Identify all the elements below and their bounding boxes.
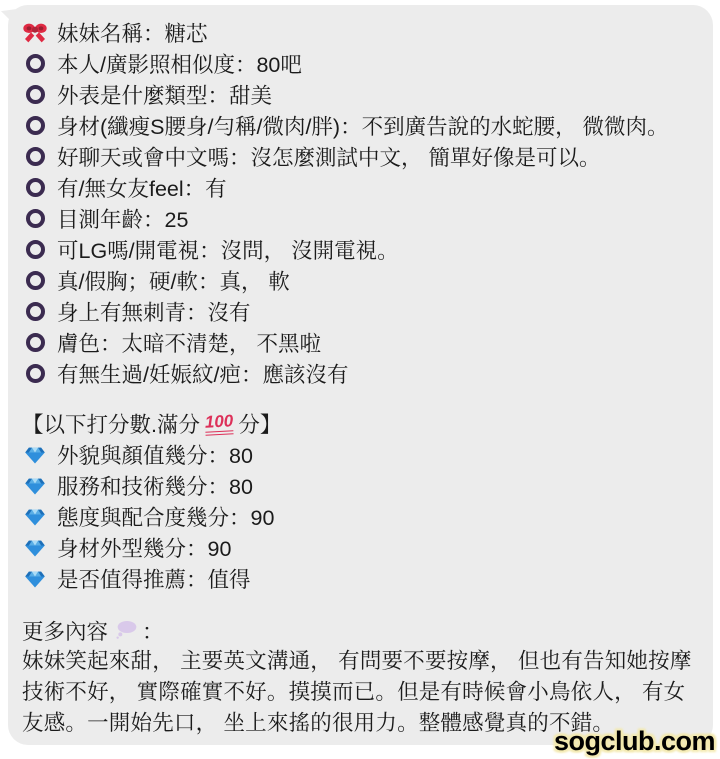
report-line-text: 目測年齡：25: [57, 203, 188, 234]
report-line: 有/無女友feel：有: [22, 172, 703, 203]
more-content-colon: ：: [142, 615, 164, 646]
report-line: 身材(纖瘦S腰身/勻稱/微肉/胖)：不到廣告說的水蛇腰， 微微肉。: [22, 110, 703, 141]
report-line: 好聊天或會中文嗎：沒怎麼測試中文， 簡單好像是可以。: [22, 141, 703, 172]
gem-icon: [22, 444, 48, 466]
gem-icon: [22, 568, 48, 590]
more-content-section: 更多內容 ： 妹妹笑起來甜， 主要英文溝通， 有問要不要按摩， 但也有告知她按摩…: [22, 615, 703, 739]
thought-balloon-icon: [114, 619, 140, 643]
report-line-text: 有/無女友feel：有: [57, 172, 227, 203]
hollow-circle-icon: [22, 240, 48, 259]
report-line-text: 身上有無刺青：沒有: [57, 296, 251, 327]
hollow-circle-icon: [22, 209, 48, 228]
hollow-circle-icon: [22, 364, 48, 383]
report-line-text: 身材(纖瘦S腰身/勻稱/微肉/胖)：不到廣告說的水蛇腰， 微微肉。: [57, 110, 669, 141]
report-line-text: 妹妹名稱：糖芯: [57, 17, 208, 48]
report-line: 本人/廣影照相似度：80吧: [22, 48, 703, 79]
report-line-text: 膚色：太暗不清楚， 不黑啦: [57, 327, 321, 358]
bubble-tail: [1, 9, 17, 27]
score-line-text: 是否值得推薦：值得: [57, 563, 251, 594]
score-line-text: 態度與配合度幾分：90: [57, 501, 274, 532]
score-line-text: 服務和技術幾分：80: [57, 470, 253, 501]
hollow-circle-icon: [22, 116, 48, 135]
gem-icon: [22, 537, 48, 559]
hollow-circle-icon: [22, 333, 48, 352]
score-section-header: 【以下打分數.滿分 100 分】: [22, 408, 703, 439]
report-line: 有無生過/妊娠紋/疤：應該沒有: [22, 358, 703, 389]
score-section: 【以下打分數.滿分 100 分】 外貌與顏值幾分：80: [22, 408, 703, 594]
score-header-prefix: 【以下打分數.滿分: [22, 408, 200, 439]
report-line-text: 外表是什麼類型：甜美: [57, 79, 272, 110]
hollow-circle-icon: [22, 54, 48, 73]
watermark: sogclub.com: [554, 726, 715, 757]
more-content-label: 更多內容: [22, 615, 108, 646]
report-line-text: 本人/廣影照相似度：80吧: [57, 48, 302, 79]
hollow-circle-icon: [22, 85, 48, 104]
report-line: 膚色：太暗不清楚， 不黑啦: [22, 327, 703, 358]
gem-icon: [22, 475, 48, 497]
score-line: 外貌與顏值幾分：80: [22, 439, 703, 470]
score-line-text: 外貌與顏值幾分：80: [57, 439, 253, 470]
score-line: 服務和技術幾分：80: [22, 470, 703, 501]
hundred-points-icon: 100: [204, 412, 233, 435]
ribbon-bow-icon: [22, 21, 48, 45]
hollow-circle-icon: [22, 271, 48, 290]
gem-icon: [22, 506, 48, 528]
report-line: 真/假胸；硬/軟：真， 軟: [22, 265, 703, 296]
report-line: 外表是什麼類型：甜美: [22, 79, 703, 110]
score-line: 是否值得推薦：值得: [22, 563, 703, 594]
report-line-text: 有無生過/妊娠紋/疤：應該沒有: [57, 358, 348, 389]
score-line-text: 身材外型幾分：90: [57, 532, 231, 563]
hollow-circle-icon: [22, 178, 48, 197]
report-line-text: 真/假胸；硬/軟：真， 軟: [57, 265, 290, 296]
chat-message-bubble: 妹妹名稱：糖芯 本人/廣影照相似度：80吧 外表是什麼類型：甜美 身材(纖瘦S腰…: [8, 5, 713, 745]
report-line-text: 好聊天或會中文嗎：沒怎麼測試中文， 簡單好像是可以。: [57, 141, 600, 172]
score-header-suffix: 分】: [238, 408, 281, 439]
more-content-header: 更多內容 ：: [22, 615, 703, 646]
report-line: 可LG嗎/開電視：沒問， 沒開電視。: [22, 234, 703, 265]
report-line-text: 可LG嗎/開電視：沒問， 沒開電視。: [57, 234, 399, 265]
report-line: 身上有無刺青：沒有: [22, 296, 703, 327]
report-line: 目測年齡：25: [22, 203, 703, 234]
hollow-circle-icon: [22, 147, 48, 166]
score-line: 態度與配合度幾分：90: [22, 501, 703, 532]
report-line: 妹妹名稱：糖芯: [22, 17, 703, 48]
hollow-circle-icon: [22, 302, 48, 321]
score-line: 身材外型幾分：90: [22, 532, 703, 563]
